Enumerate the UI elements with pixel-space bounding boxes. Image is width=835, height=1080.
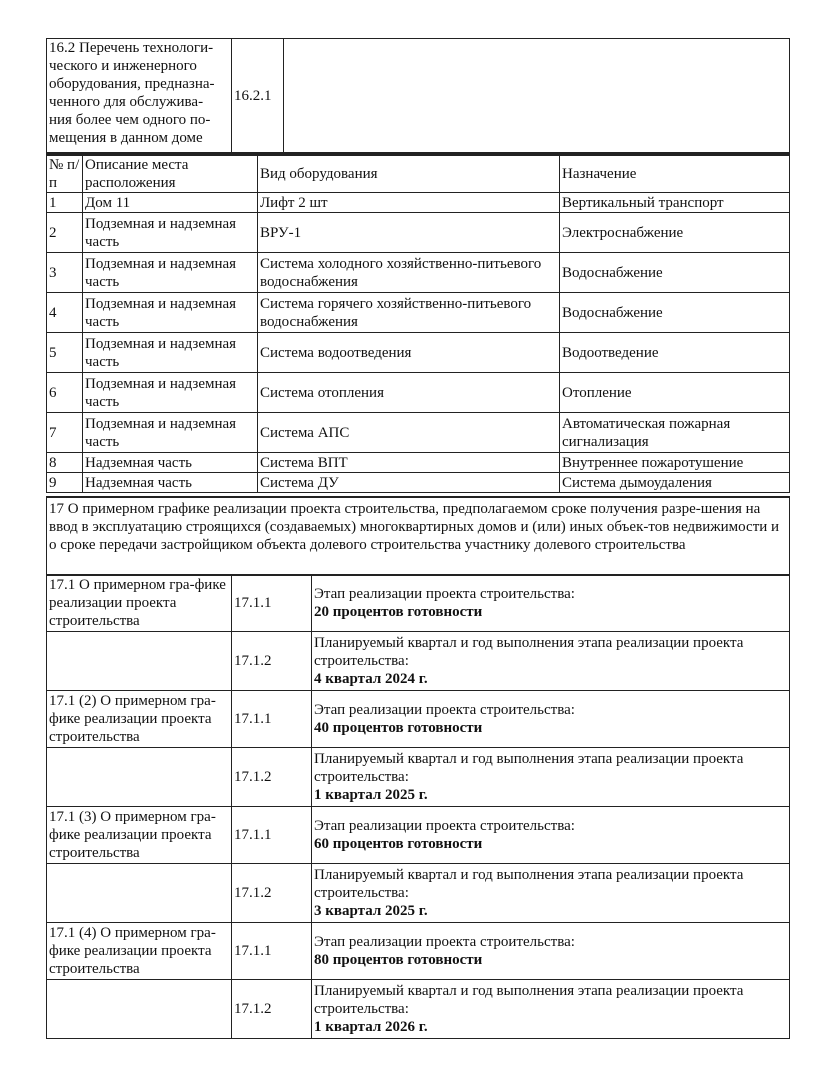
equipment-cell-num: 5 [47,333,83,373]
schedule-stage-code: 17.1.1 [232,923,312,980]
equipment-cell-location: Дом 11 [83,193,258,213]
equipment-row: 2Подземная и надземная частьВРУ-1Электро… [47,213,790,253]
equipment-cell-purpose: Водоснабжение [560,293,790,333]
equipment-cell-num: 1 [47,193,83,213]
equipment-cell-type: Система ВПТ [258,453,560,473]
schedule-quarter-row: 17.1.2Планируемый квартал и год выполнен… [47,980,790,1039]
equipment-cell-purpose: Водоснабжение [560,253,790,293]
schedule-stage-row: 17.1 О примерном гра-фике реализации про… [47,575,790,632]
schedule-stage-row: 17.1 (2) О примерном гра-фике реализации… [47,691,790,748]
equipment-row: 7Подземная и надземная частьСистема АПСА… [47,413,790,453]
schedule-empty [47,748,232,807]
equipment-cell-type: Система отопления [258,373,560,413]
schedule-title: 17.1 (4) О примерном гра-фике реализации… [47,923,232,980]
equipment-cell-location: Подземная и надземная часть [83,293,258,333]
schedule-title: 17.1 (3) О примерном гра-фике реализации… [47,807,232,864]
schedule-stage-row: 17.1 (3) О примерном гра-фике реализации… [47,807,790,864]
section-16-2-code: 16.2.1 [232,39,284,153]
quarter-value: 3 квартал 2025 г. [314,902,787,920]
equipment-table-header: № п/п Описание места расположения Вид об… [47,156,790,193]
equipment-cell-num: 6 [47,373,83,413]
equipment-cell-location: Надземная часть [83,453,258,473]
schedule-quarter-code: 17.1.2 [232,632,312,691]
equipment-table: № п/п Описание места расположения Вид об… [46,155,790,493]
section-16-2-title-line: 16.2 Перечень технологи- [49,39,229,57]
section-17-table: 17 О примерном графике реализации проект… [46,496,790,576]
header-type: Вид оборудования [258,156,560,193]
equipment-cell-type: Система водоотведения [258,333,560,373]
equipment-cell-purpose: Автоматическая пожарная сигнализация [560,413,790,453]
equipment-cell-purpose: Водоотведение [560,333,790,373]
stage-label: Этап реализации проекта строительства: [314,817,787,835]
schedule-stage: Этап реализации проекта строительства:20… [312,575,790,632]
schedule-stage-code: 17.1.1 [232,575,312,632]
schedule-stage: Этап реализации проекта строительства:60… [312,807,790,864]
equipment-cell-location: Подземная и надземная часть [83,413,258,453]
schedule-quarter-row: 17.1.2Планируемый квартал и год выполнен… [47,864,790,923]
schedule-empty [47,864,232,923]
equipment-cell-type: Система АПС [258,413,560,453]
equipment-cell-num: 9 [47,473,83,493]
quarter-value: 4 квартал 2024 г. [314,670,787,688]
equipment-cell-purpose: Система дымоудаления [560,473,790,493]
schedule-stage: Этап реализации проекта строительства:40… [312,691,790,748]
equipment-cell-location: Подземная и надземная часть [83,253,258,293]
equipment-cell-purpose: Электроснабжение [560,213,790,253]
equipment-cell-purpose: Внутреннее пожаротушение [560,453,790,473]
schedule-block: 17.1 О примерном гра-фике реализации про… [46,574,790,1039]
stage-value: 20 процентов готовности [314,603,787,621]
equipment-cell-num: 7 [47,413,83,453]
quarter-label: Планируемый квартал и год выполнения эта… [314,634,787,670]
section-17: 17 О примерном графике реализации проект… [46,496,790,576]
schedule-title: 17.1 (2) О примерном гра-фике реализации… [47,691,232,748]
equipment-row: 6Подземная и надземная частьСистема отоп… [47,373,790,413]
schedule-stage-row: 17.1 (4) О примерном гра-фике реализации… [47,923,790,980]
header-num: № п/п [47,156,83,193]
equipment-cell-purpose: Вертикальный транспорт [560,193,790,213]
schedule-quarter-row: 17.1.2Планируемый квартал и год выполнен… [47,748,790,807]
equipment-table-block: № п/п Описание места расположения Вид об… [46,153,790,493]
stage-label: Этап реализации проекта строительства: [314,701,787,719]
equipment-cell-num: 2 [47,213,83,253]
schedule-quarter-code: 17.1.2 [232,864,312,923]
stage-label: Этап реализации проекта строительства: [314,585,787,603]
stage-value: 80 процентов готовности [314,951,787,969]
section-16-2-title-text: 16.2 Перечень технологи-ческого и инжене… [49,39,229,147]
equipment-row: 8Надземная частьСистема ВПТВнутреннее по… [47,453,790,473]
schedule-quarter: Планируемый квартал и год выполнения эта… [312,632,790,691]
quarter-value: 1 квартал 2025 г. [314,786,787,804]
section-16-2: 16.2 Перечень технологи-ческого и инжене… [46,38,790,153]
section-16-2-title-line: оборудования, предназна- [49,75,229,93]
quarter-label: Планируемый квартал и год выполнения эта… [314,866,787,902]
section-17-title: 17 О примерном графике реализации проект… [47,497,790,575]
equipment-cell-num: 8 [47,453,83,473]
schedule-quarter: Планируемый квартал и год выполнения эта… [312,864,790,923]
schedule-stage-code: 17.1.1 [232,807,312,864]
equipment-cell-location: Подземная и надземная часть [83,213,258,253]
header-location: Описание места расположения [83,156,258,193]
equipment-cell-type: Система холодного хозяйственно-питьевого… [258,253,560,293]
quarter-label: Планируемый квартал и год выполнения эта… [314,982,787,1018]
equipment-cell-num: 3 [47,253,83,293]
equipment-row: 5Подземная и надземная частьСистема водо… [47,333,790,373]
schedule-quarter-row: 17.1.2Планируемый квартал и год выполнен… [47,632,790,691]
schedule-quarter: Планируемый квартал и год выполнения эта… [312,748,790,807]
equipment-row: 1Дом 11Лифт 2 штВертикальный транспорт [47,193,790,213]
stage-value: 40 процентов готовности [314,719,787,737]
quarter-label: Планируемый квартал и год выполнения эта… [314,750,787,786]
section-16-2-title-line: ния более чем одного по- [49,111,229,129]
equipment-cell-num: 4 [47,293,83,333]
stage-value: 60 процентов готовности [314,835,787,853]
schedule-quarter: Планируемый квартал и год выполнения эта… [312,980,790,1039]
schedule-empty [47,632,232,691]
equipment-row: 9Надземная частьСистема ДУСистема дымоуд… [47,473,790,493]
section-16-2-table: 16.2 Перечень технологи-ческого и инжене… [46,38,790,153]
schedule-empty [47,980,232,1039]
section-16-2-value [284,39,790,153]
section-16-2-title-line: ченного для обслужива- [49,93,229,111]
equipment-cell-location: Надземная часть [83,473,258,493]
equipment-cell-type: ВРУ-1 [258,213,560,253]
schedule-title: 17.1 О примерном гра-фике реализации про… [47,575,232,632]
stage-label: Этап реализации проекта строительства: [314,933,787,951]
equipment-cell-type: Лифт 2 шт [258,193,560,213]
section-16-2-title-line: мещения в данном доме [49,129,229,147]
equipment-cell-purpose: Отопление [560,373,790,413]
schedule-quarter-code: 17.1.2 [232,748,312,807]
equipment-row: 4Подземная и надземная частьСистема горя… [47,293,790,333]
equipment-cell-location: Подземная и надземная часть [83,333,258,373]
equipment-row: 3Подземная и надземная частьСистема холо… [47,253,790,293]
section-16-2-title-line: ческого и инженерного [49,57,229,75]
equipment-cell-location: Подземная и надземная часть [83,373,258,413]
schedule-table: 17.1 О примерном гра-фике реализации про… [46,574,790,1039]
quarter-value: 1 квартал 2026 г. [314,1018,787,1036]
header-purpose: Назначение [560,156,790,193]
schedule-quarter-code: 17.1.2 [232,980,312,1039]
equipment-cell-type: Система ДУ [258,473,560,493]
schedule-stage-code: 17.1.1 [232,691,312,748]
section-16-2-title: 16.2 Перечень технологи-ческого и инжене… [47,39,232,153]
schedule-stage: Этап реализации проекта строительства:80… [312,923,790,980]
equipment-cell-type: Система горячего хозяйственно-питьевого … [258,293,560,333]
